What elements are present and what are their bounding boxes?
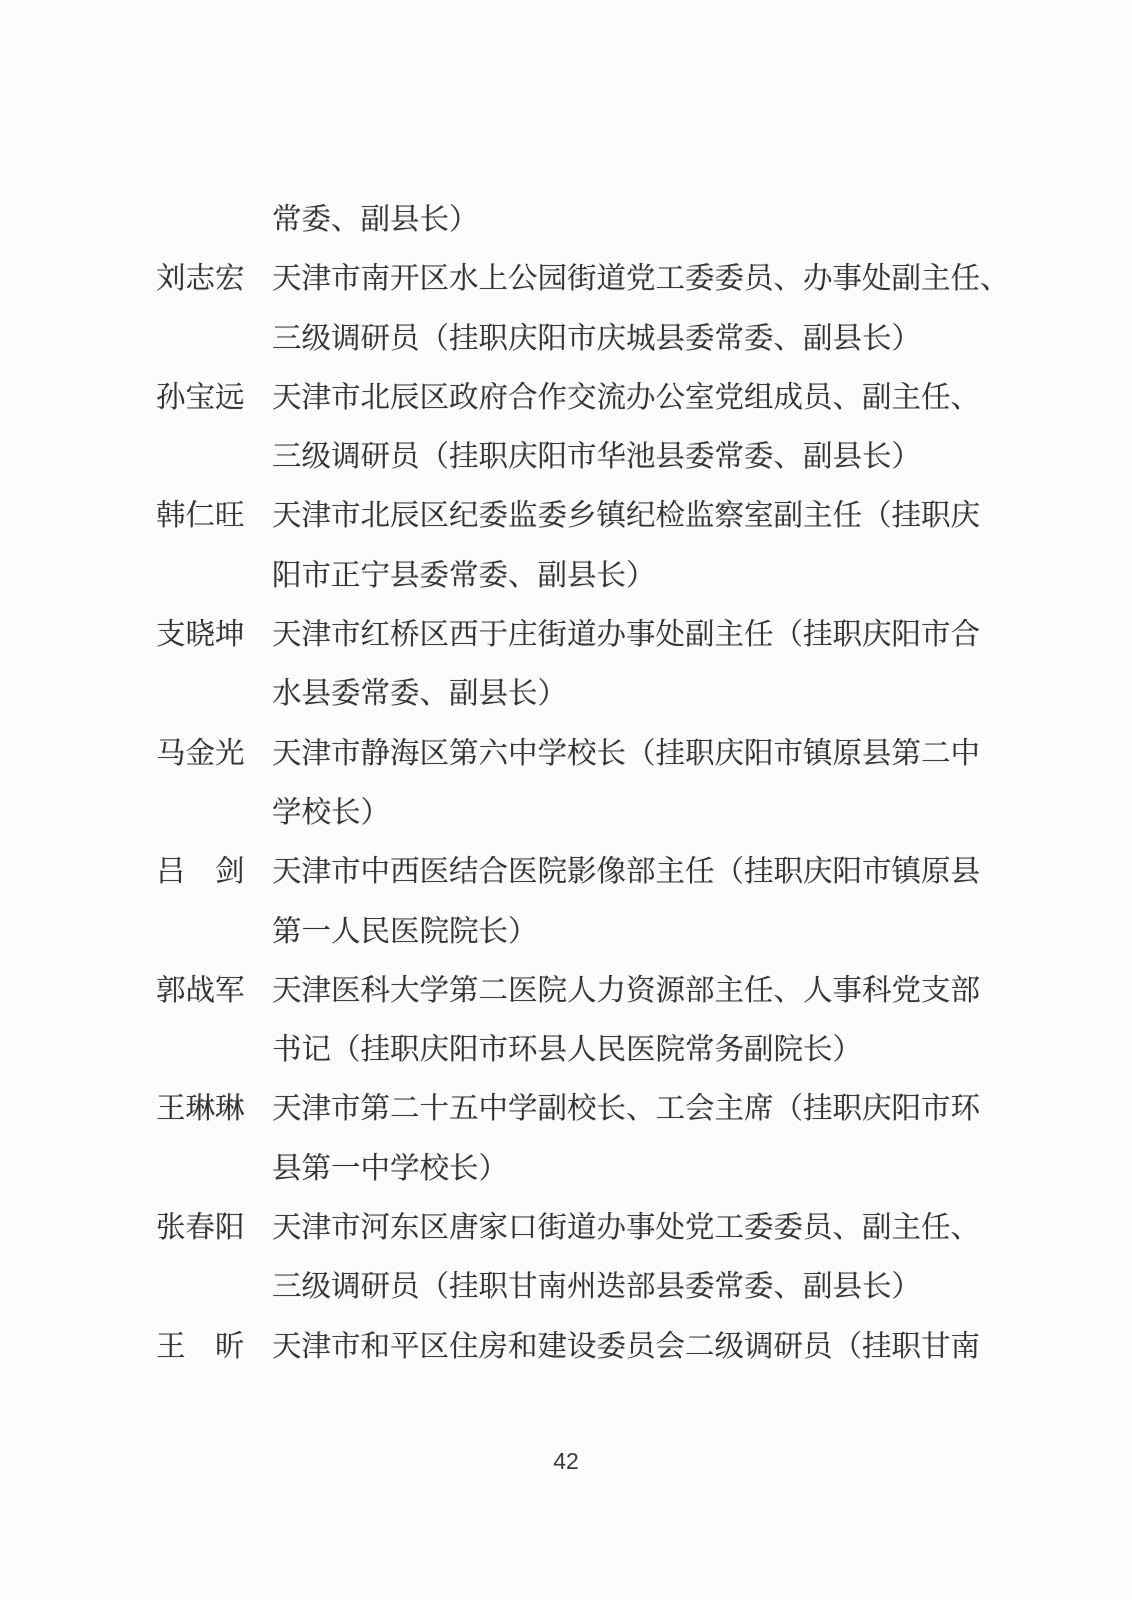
entry-line: 三级调研员（挂职甘南州迭部县委常委、副县长）: [272, 1258, 1016, 1317]
entry-line: 天津市北辰区政府合作交流办公室党组成员、副主任、: [272, 369, 1016, 428]
entry-line: 天津市第二十五中学副校长、工会主席（挂职庆阳市环: [272, 1080, 1016, 1139]
entry-description: 天津市北辰区政府合作交流办公室党组成员、副主任、三级调研员（挂职庆阳市华池县委常…: [272, 369, 1016, 488]
appointment-entry: 刘志宏 天津市南开区水上公园街道党工委委员、办事处副主任、三级调研员（挂职庆阳市…: [156, 250, 1016, 369]
document-page: 常委、副县长） 刘志宏 天津市南开区水上公园街道党工委委员、办事处副主任、三级调…: [0, 0, 1132, 1600]
entry-description: 天津市和平区住房和建设委员会二级调研员（挂职甘南: [272, 1318, 1016, 1377]
entry-name: 郭战军: [156, 962, 272, 1021]
entry-description: 天津医科大学第二医院人力资源部主任、人事科党支部书记（挂职庆阳市环县人民医院常务…: [272, 962, 1016, 1081]
entry-line: 阳市正宁县委常委、副县长）: [272, 547, 1016, 606]
appointment-entry: 张春阳 天津市河东区唐家口街道办事处党工委委员、副主任、三级调研员（挂职甘南州迭…: [156, 1199, 1016, 1318]
entry-description: 天津市北辰区纪委监委乡镇纪检监察室副主任（挂职庆阳市正宁县委常委、副县长）: [272, 487, 1016, 606]
entry-description: 天津市中西医结合医院影像部主任（挂职庆阳市镇原县第一人民医院院长）: [272, 843, 1016, 962]
entry-name: 马金光: [156, 725, 272, 784]
entry-line: 天津市和平区住房和建设委员会二级调研员（挂职甘南: [272, 1318, 1016, 1377]
entry-description: 天津市河东区唐家口街道办事处党工委委员、副主任、三级调研员（挂职甘南州迭部县委常…: [272, 1199, 1016, 1318]
entry-line: 书记（挂职庆阳市环县人民医院常务副院长）: [272, 1021, 1016, 1080]
appointment-entry: 支晓坤 天津市红桥区西于庄街道办事处副主任（挂职庆阳市合水县委常委、副县长）: [156, 606, 1016, 725]
appointment-list: 常委、副县长） 刘志宏 天津市南开区水上公园街道党工委委员、办事处副主任、三级调…: [156, 191, 1016, 1377]
carryover-text: 常委、副县长）: [272, 191, 1016, 250]
entry-line: 学校长）: [272, 784, 1016, 843]
entry-line: 天津市静海区第六中学校长（挂职庆阳市镇原县第二中: [272, 725, 1016, 784]
entry-line: 三级调研员（挂职庆阳市庆城县委常委、副县长）: [272, 310, 1016, 369]
entry-name: 支晓坤: [156, 606, 272, 665]
entry-description: 天津市静海区第六中学校长（挂职庆阳市镇原县第二中学校长）: [272, 725, 1016, 844]
entry-line: 县第一中学校长）: [272, 1140, 1016, 1199]
entry-name: 张春阳: [156, 1199, 272, 1258]
carryover-line: 常委、副县长）: [272, 191, 1016, 250]
appointment-entry: 韩仁旺 天津市北辰区纪委监委乡镇纪检监察室副主任（挂职庆阳市正宁县委常委、副县长…: [156, 487, 1016, 606]
entry-description: 天津市第二十五中学副校长、工会主席（挂职庆阳市环县第一中学校长）: [272, 1080, 1016, 1199]
carryover-entry: 常委、副县长）: [156, 191, 1016, 250]
entry-line: 天津市红桥区西于庄街道办事处副主任（挂职庆阳市合: [272, 606, 1016, 665]
appointment-entry: 吕 剑 天津市中西医结合医院影像部主任（挂职庆阳市镇原县第一人民医院院长）: [156, 843, 1016, 962]
appointment-entry: 马金光 天津市静海区第六中学校长（挂职庆阳市镇原县第二中学校长）: [156, 725, 1016, 844]
entry-line: 水县委常委、副县长）: [272, 665, 1016, 724]
entry-description: 天津市南开区水上公园街道党工委委员、办事处副主任、三级调研员（挂职庆阳市庆城县委…: [272, 250, 1016, 369]
entry-line: 三级调研员（挂职庆阳市华池县委常委、副县长）: [272, 428, 1016, 487]
entry-name: 刘志宏: [156, 250, 272, 309]
entry-name: 王琳琳: [156, 1080, 272, 1139]
appointment-entry: 郭战军 天津医科大学第二医院人力资源部主任、人事科党支部书记（挂职庆阳市环县人民…: [156, 962, 1016, 1081]
entry-line: 天津市南开区水上公园街道党工委委员、办事处副主任、: [272, 250, 1016, 309]
entry-line: 天津市河东区唐家口街道办事处党工委委员、副主任、: [272, 1199, 1016, 1258]
page-number: 42: [0, 1446, 1132, 1476]
carryover-name-spacer: [156, 191, 272, 250]
entry-line: 天津医科大学第二医院人力资源部主任、人事科党支部: [272, 962, 1016, 1021]
entry-name: 韩仁旺: [156, 487, 272, 546]
appointment-entry: 王琳琳 天津市第二十五中学副校长、工会主席（挂职庆阳市环县第一中学校长）: [156, 1080, 1016, 1199]
entry-line: 第一人民医院院长）: [272, 903, 1016, 962]
entry-line: 天津市北辰区纪委监委乡镇纪检监察室副主任（挂职庆: [272, 487, 1016, 546]
entry-description: 天津市红桥区西于庄街道办事处副主任（挂职庆阳市合水县委常委、副县长）: [272, 606, 1016, 725]
appointment-entry: 孙宝远 天津市北辰区政府合作交流办公室党组成员、副主任、三级调研员（挂职庆阳市华…: [156, 369, 1016, 488]
entry-line: 天津市中西医结合医院影像部主任（挂职庆阳市镇原县: [272, 843, 1016, 902]
entry-name: 吕 剑: [156, 843, 272, 902]
appointment-entry: 王 昕 天津市和平区住房和建设委员会二级调研员（挂职甘南: [156, 1318, 1016, 1377]
entry-name: 孙宝远: [156, 369, 272, 428]
entry-name: 王 昕: [156, 1318, 272, 1377]
